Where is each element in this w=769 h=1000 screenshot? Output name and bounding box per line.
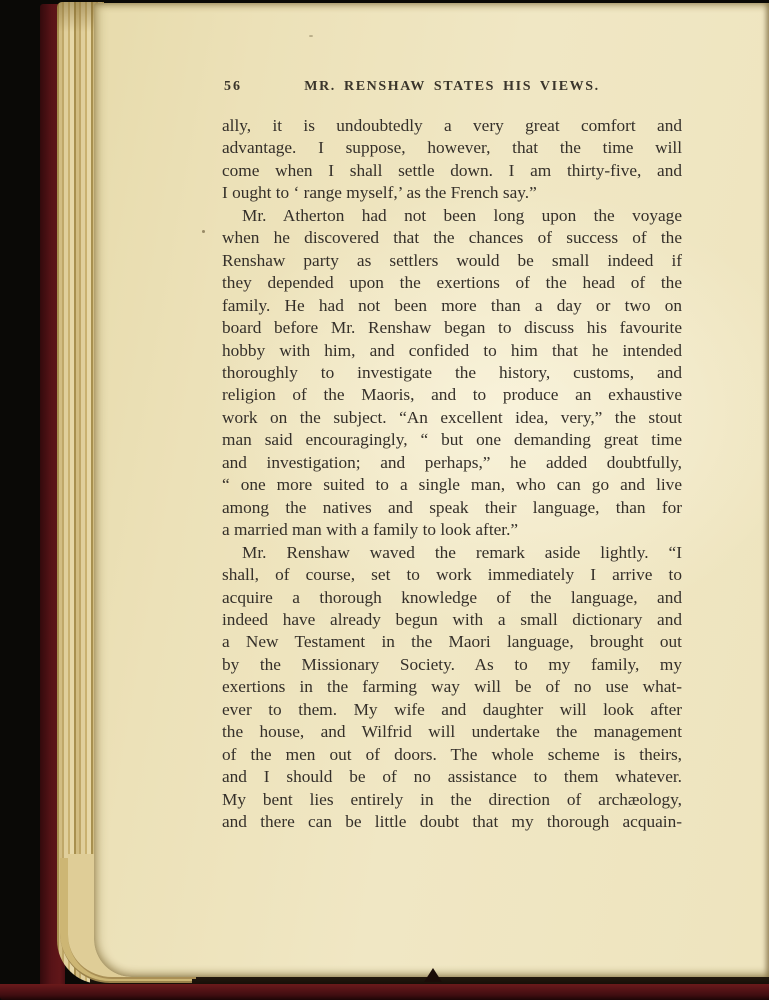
text-line: of the men out of doors. The whole schem…: [222, 744, 682, 766]
text-line: among the natives and speak their langua…: [222, 497, 682, 519]
text-line: shall, of course, set to work immediatel…: [222, 564, 682, 586]
paragraph: ally, it is undoubtedly a very great com…: [222, 115, 682, 205]
text-line: board before Mr. Renshaw began to discus…: [222, 317, 682, 339]
text-line: “ one more suited to a single man, who c…: [222, 474, 682, 496]
scanned-book-photo: 56 MR. RENSHAW STATES HIS VIEWS. ally, i…: [0, 0, 769, 1000]
text-line: advantage. I suppose, however, that the …: [222, 137, 682, 159]
text-line: a New Testament in the Maori language, b…: [222, 631, 682, 653]
text-line: ever to them. My wife and daughter will …: [222, 699, 682, 721]
text-line: My bent lies entirely in the direction o…: [222, 789, 682, 811]
text-line: Mr. Atherton had not been long upon the …: [222, 205, 682, 227]
text-line: exertions in the farming way will be of …: [222, 676, 682, 698]
page-number: 56: [224, 79, 242, 95]
paragraph: Mr. Renshaw waved the remark aside light…: [222, 542, 682, 834]
text-line: and there can be little doubt that my th…: [222, 811, 682, 833]
text-line: acquire a thorough knowledge of the lang…: [222, 587, 682, 609]
paragraph: Mr. Atherton had not been long upon the …: [222, 205, 682, 542]
text-line: family. He had not been more than a day …: [222, 295, 682, 317]
text-line: man said encouragingly, “ but one demand…: [222, 429, 682, 451]
book-cover-bottom-edge: [0, 984, 769, 1000]
text-line: by the Missionary Society. As to my fami…: [222, 654, 682, 676]
dust-speck: [309, 35, 313, 37]
text-line: they depended upon the exertions of the …: [222, 272, 682, 294]
text-line: indeed have already begun with a small d…: [222, 609, 682, 631]
page-header: 56 MR. RENSHAW STATES HIS VIEWS.: [222, 79, 682, 97]
text-line: work on the subject. “An excellent idea,…: [222, 407, 682, 429]
running-header: MR. RENSHAW STATES HIS VIEWS.: [222, 79, 682, 95]
text-line: the house, and Wilfrid will undertake th…: [222, 721, 682, 743]
cover-clasp-notch: [424, 968, 442, 982]
body-text: ally, it is undoubtedly a very great com…: [222, 115, 682, 834]
text-line: I ought to ‘ range myself,’ as the Frenc…: [222, 182, 682, 204]
text-line: hobby with him, and confided to him that…: [222, 340, 682, 362]
text-line: religion of the Maoris, and to produce a…: [222, 384, 682, 406]
text-line: and I should be of no assistance to them…: [222, 766, 682, 788]
page-text-column: 56 MR. RENSHAW STATES HIS VIEWS. ally, i…: [222, 79, 682, 834]
dust-speck: [202, 230, 205, 233]
text-line: thoroughly to investigate the history, c…: [222, 362, 682, 384]
text-line: when he discovered that the chances of s…: [222, 227, 682, 249]
text-line: Mr. Renshaw waved the remark aside light…: [222, 542, 682, 564]
text-line: come when I shall settle down. I am thir…: [222, 160, 682, 182]
text-line: Renshaw party as settlers would be small…: [222, 250, 682, 272]
text-line: a married man with a family to look afte…: [222, 519, 682, 541]
text-line: ally, it is undoubtedly a very great com…: [222, 115, 682, 137]
text-line: and investigation; and perhaps,” he adde…: [222, 452, 682, 474]
